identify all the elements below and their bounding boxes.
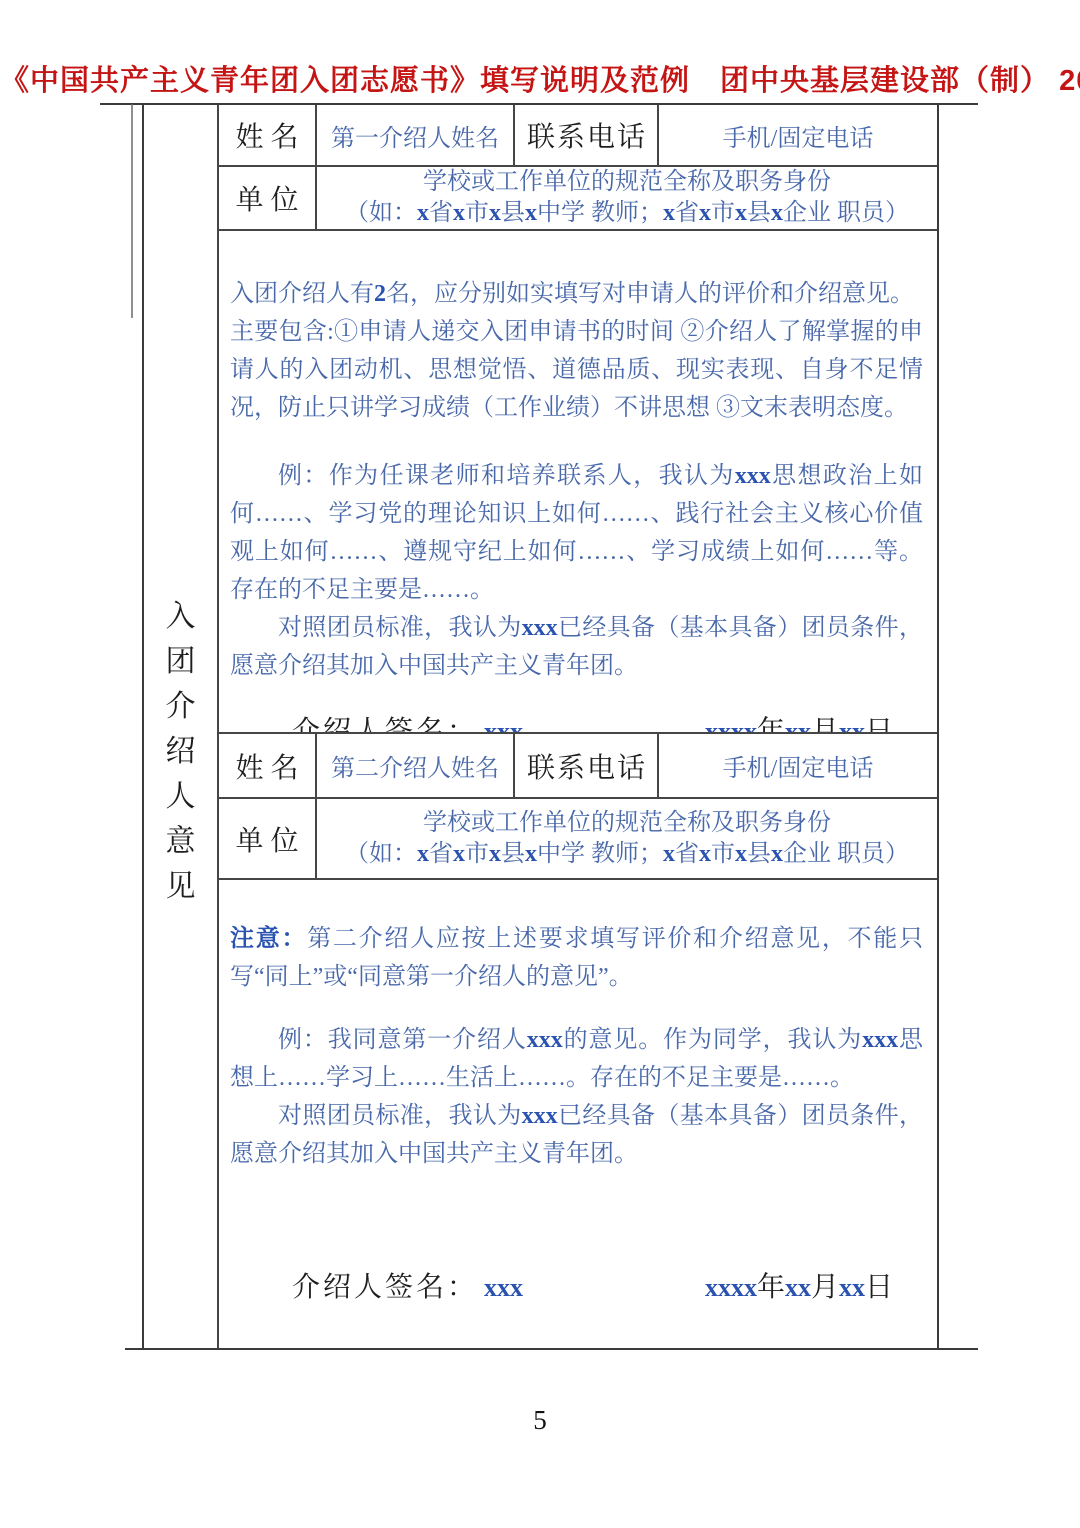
introducer2-unit-value: 学校或工作单位的规范全称及职务身份 （如：x省x市x县x中学 教师；x省x市x县… (317, 799, 937, 878)
phone-label: 联系电话 (515, 105, 659, 165)
introducer2-comment-block: 注意：第二介绍人应按上述要求填写评价和介绍意见，不能只写“同上”或“同意第一介绍… (219, 880, 937, 1348)
signature-left-1: 介绍人签名：xxx (292, 709, 523, 734)
unit-value-line2: （如：x省x市x县x中学 教师；x省x市x县x企业 职员） (345, 198, 909, 229)
header-title: 《中国共产主义青年团入团志愿书》填写说明及范例 (0, 65, 690, 97)
side-label-text: 入团介绍人意见 (165, 594, 197, 909)
introducer2-name-row: 姓名 第二介绍人姓名 联系电话 手机/固定电话 (219, 734, 937, 799)
block2-paragraph-example: 例：我同意第一介绍人xxx的意见。作为同学，我认为xxx思想上……学习上……生活… (230, 1021, 923, 1097)
introducer1-comment-block: 入团介绍人有2名，应分别如实填写对申请人的评价和介绍意见。 主要包含:①申请人递… (219, 231, 937, 734)
unit-value-line1-2: 学校或工作单位的规范全称及职务身份 (423, 808, 831, 839)
signature-name-placeholder: xxx (484, 717, 523, 734)
introducer1-phone-value: 手机/固定电话 (659, 105, 937, 165)
signature-row-2: 介绍人签名：xxx xxxx年xx月xx日 (292, 1265, 893, 1305)
scan-artifact-line (131, 104, 133, 318)
side-label-cell: 入团介绍人意见 (144, 105, 219, 1348)
block2-paragraph-notice: 注意：第二介绍人应按上述要求填写评价和介绍意见，不能只写“同上”或“同意第一介绍… (230, 920, 923, 996)
unit-value-line1: 学校或工作单位的规范全称及职务身份 (423, 167, 831, 198)
introducer2-phone-value: 手机/固定电话 (659, 734, 937, 797)
block1-paragraph-conclusion: 对照团员标准，我认为xxx已经具备（基本具备）团员条件，愿意介绍其加入中国共产主… (230, 609, 923, 685)
signature-label: 介绍人签名： (292, 716, 478, 734)
block1-paragraph-example: 例：作为任课老师和培养联系人，我认为xxx思想政治上如何……、学习党的理论知识上… (230, 457, 923, 609)
document-page: 《中国共产主义青年团入团志愿书》填写说明及范例团中央基层建设部（制） 2021 … (0, 0, 1080, 1528)
signature-name-placeholder-2: xxx (484, 1273, 523, 1302)
introducer1-name-row: 姓名 第一介绍人姓名 联系电话 手机/固定电话 (219, 105, 937, 167)
introducer1-unit-row: 单位 学校或工作单位的规范全称及职务身份 （如：x省x市x县x中学 教师；x省x… (219, 167, 937, 231)
signature-date-2: xxxx年xx月xx日 (705, 1265, 893, 1305)
block1-paragraph-contents: 主要包含:①申请人递交入团申请书的时间 ②介绍人了解掌握的申请人的入团动机、思想… (230, 313, 923, 427)
header-publisher: 团中央基层建设部（制） 2021 年 5 月发布 (720, 65, 1080, 97)
introducer-opinion-table: 入团介绍人意见 姓名 第一介绍人姓名 联系电话 手机/固定电话 单位 学校或工作… (142, 103, 939, 1350)
introducer2-name-value: 第二介绍人姓名 (317, 734, 515, 797)
introducer1-name-value: 第一介绍人姓名 (317, 105, 515, 165)
unit-label: 单位 (219, 167, 317, 229)
signature-date-1: xxxx年xx月xx日 (705, 709, 893, 734)
block2-paragraph-conclusion: 对照团员标准，我认为xxx已经具备（基本具备）团员条件，愿意介绍其加入中国共产主… (230, 1097, 923, 1173)
table-content: 姓名 第一介绍人姓名 联系电话 手机/固定电话 单位 学校或工作单位的规范全称及… (219, 105, 937, 1348)
unit-label-2: 单位 (219, 799, 317, 878)
unit-value-line2-2: （如：x省x市x县x中学 教师；x省x市x县x企业 职员） (345, 839, 909, 870)
introducer1-unit-value: 学校或工作单位的规范全称及职务身份 （如：x省x市x县x中学 教师；x省x市x县… (317, 167, 937, 229)
name-label-2: 姓名 (219, 734, 317, 797)
page-header: 《中国共产主义青年团入团志愿书》填写说明及范例团中央基层建设部（制） 2021 … (0, 58, 1080, 99)
signature-row-1: 介绍人签名：xxx xxxx年xx月xx日 (292, 709, 893, 734)
introducer2-unit-row: 单位 学校或工作单位的规范全称及职务身份 （如：x省x市x县x中学 教师；x省x… (219, 799, 937, 880)
signature-left-2: 介绍人签名：xxx (292, 1265, 523, 1305)
block1-paragraph-requirements: 入团介绍人有2名，应分别如实填写对申请人的评价和介绍意见。 (230, 275, 923, 313)
name-label: 姓名 (219, 105, 317, 165)
page-number: 5 (0, 1405, 1080, 1436)
phone-label-2: 联系电话 (515, 734, 659, 797)
signature-label-2: 介绍人签名： (292, 1272, 478, 1303)
